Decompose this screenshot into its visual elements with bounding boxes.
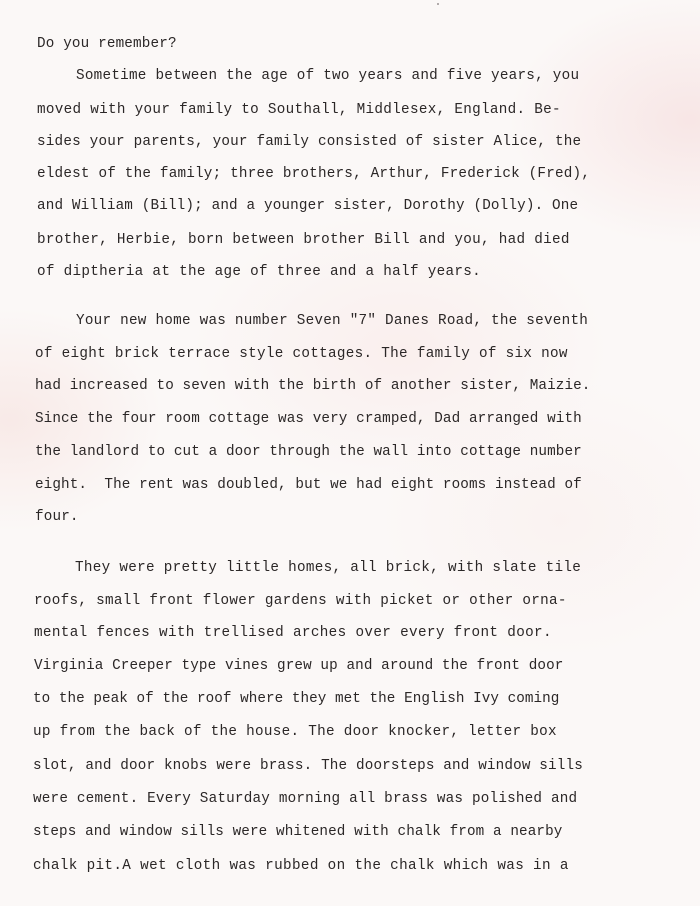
text-line: eight. The rent was doubled, but we had … (35, 476, 582, 494)
text-line: up from the back of the house. The door … (33, 723, 557, 741)
text-line: of eight brick terrace style cottages. T… (35, 345, 568, 363)
text-line: had increased to seven with the birth of… (35, 377, 591, 395)
text-line: mental fences with trellised arches over… (34, 624, 552, 642)
text-line: moved with your family to Southall, Midd… (37, 101, 561, 119)
text-line: Since the four room cottage was very cra… (35, 410, 582, 428)
text-line: Sometime between the age of two years an… (76, 67, 579, 85)
text-line: roofs, small front flower gardens with p… (34, 592, 567, 610)
text-line: slot, and door knobs were brass. The doo… (33, 757, 583, 775)
text-line: four. (35, 508, 79, 526)
typed-page: Do you remember? Sometime between the ag… (0, 0, 700, 906)
paper-speck (437, 3, 439, 5)
text-line: eldest of the family; three brothers, Ar… (37, 165, 590, 183)
text-line: steps and window sills were whitened wit… (33, 823, 562, 841)
text-line: sides your parents, your family consiste… (37, 133, 581, 151)
text-line: of diptheria at the age of three and a h… (37, 263, 481, 281)
text-line: brother, Herbie, born between brother Bi… (37, 231, 570, 249)
text-line: chalk pit.A wet cloth was rubbed on the … (33, 857, 569, 875)
heading: Do you remember? (37, 35, 177, 53)
text-line: to the peak of the roof where they met t… (33, 690, 559, 708)
text-line: Your new home was number Seven "7" Danes… (76, 312, 588, 330)
text-line: were cement. Every Saturday morning all … (33, 790, 577, 808)
text-line: Virginia Creeper type vines grew up and … (34, 657, 563, 675)
text-line: They were pretty little homes, all brick… (75, 559, 581, 577)
text-line: the landlord to cut a door through the w… (35, 443, 582, 461)
text-line: and William (Bill); and a younger sister… (37, 197, 578, 215)
